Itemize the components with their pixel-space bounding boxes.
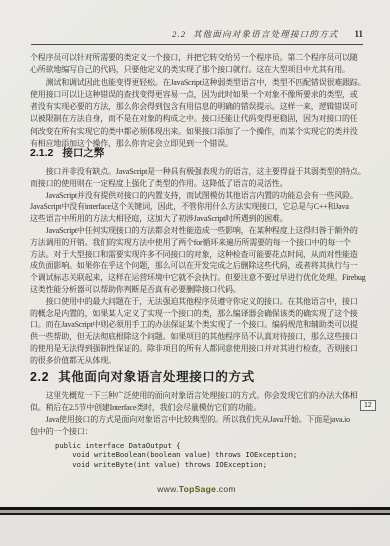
body-line: 包中的一个接口： [30,426,368,438]
section-number: 2.2 [30,370,49,384]
body-line: 何改变在所有实现它的类中都必须体现出来。如果接口添加了一个操作，而某个实现它的类… [30,126,368,138]
body-line: 以被限制在方法自身，而不是在对象的构成之中。接口还能让代码变得更稳固，因为对接口… [30,113,368,125]
body-line: 心所欲地编写自己的代码，只要他定义的类实现了那个接口就行。这在大型项目中尤其有用… [30,64,368,76]
body-line: Java使用接口的方式是面向对象语言中比较典型的。所以我们先从Java开始。下面… [30,414,368,426]
watermark: www.TopSage.com [30,484,363,494]
code-block: public interface DataOutput { void write… [55,441,297,469]
body-line: 个调试标志关联起来，这样在运营环境中它就不会执行。但要注意不要过早进行优化处理。… [30,272,368,284]
body-line: 这类性能分析器可以帮助你判断是否真有必要删除接口代码。 [30,284,368,296]
body-line: 供一些帮助，但无法彻底根除这个问题。如果项目的其他程序员不认真对待接口，那么这些… [30,331,368,343]
page-bottom-edge [0,515,390,546]
body-line: 方法调用的开销。我们的实现方法中使用了两个for循环来遍历所需要的每一个接口中的… [30,237,368,249]
section-heading-2-2: 2.2其他面向对象语言处理接口的方式 [30,367,255,385]
body-line: 方法。对于大型接口和需要实现许多不同接口的对象，这种检查可能要花点时间，从而对性… [30,249,368,261]
body-line: 个程序员可以针对所需要的类定义一个接口，并把它转交给另一个程序员。第二个程序员可… [30,52,368,64]
body-line: 口。而在JavaScript中则必须用手工的办法保证某个类实现了一个接口。编码规… [30,319,368,331]
body-line: 这些语言中所用的方法大相径庭，这加大了初涉JavaScript时所遇到的困难。 [30,213,368,225]
body-line: 成负面影响。如果你在乎这个问题，那么可以在开发完成之后删除这些代码，或者将其执行… [30,260,368,272]
running-header-section-title: 其他面向对象语言处理接口的方式 [193,29,339,39]
body-line: 使用接口可以让这种错误的查找变得更容易一点，因为此时如果一个对象不像所要求的类型… [30,89,368,101]
body-line: 测试和调试因此也能变得更轻松。在JavaScript这种弱类型语言中，类型不匹配… [30,77,368,89]
body-line: 的很多价值都无从体现。 [30,355,368,367]
watermark-suffix: .com [216,484,236,494]
body-line: JavaScript中任何实现接口的方法都会对性能造成一些影响，在某种程度上这得… [30,225,368,237]
code-line: public interface DataOutput { [55,441,297,450]
watermark-prefix: www. [157,484,179,494]
code-line: void writeBoolean(boolean value) throws … [55,450,297,459]
body-line: 的概念是内置的，如果某人定义了实现一个接口的类，那么编译器会确保该类的确实现了这… [30,308,368,320]
header-rule [31,44,363,45]
body-line: JavaScript并没有提供对接口的内置支持，而试图模仿其他语言内置的功能总会… [30,190,368,202]
running-header-title: 2.2 其他面向对象语言处理接口的方式 [172,28,338,40]
body-line: 而接口的使用则在一定程度上强化了类型的作用。这降低了语言的灵活性。 [30,178,368,190]
watermark-brand: TopSage [179,484,216,494]
page-number: 11 [354,29,363,39]
body-line: JavaScript中没有interface这个关键词，因此，不管你用什么方法实… [30,201,368,213]
body-line: 接口并非没有缺点。JavaScript是一种具有极强表现力的语言，这主要得益于其… [30,166,368,178]
paragraph-block-1: 个程序员可以针对所需要的类定义一个接口，并把它转交给另一个程序员。第二个程序员可… [30,52,368,150]
body-line: 这里先概览一下三种广泛使用的面向对象语言处理接口的方式。你会发现它们的办法大体相 [30,390,368,402]
body-line: 似。稍后在2.5节中创建Interface类时，我们会尽量模仿它们的功能。 [30,402,368,414]
body-line: 接口使用中的最大问题在于，无法强迫其他程序员遵守你定义的接口。在其他语言中，接口 [30,296,368,308]
section-number: 2.1.2 [30,147,53,159]
section-title: 其他面向对象语言处理接口的方式 [58,370,255,384]
body-line: 者没有实现必要的方法，那么你会得到包含有用信息的明确的错误提示。这样一来，逻辑错… [30,101,368,113]
paragraph-block-3: 这里先概览一下三种广泛使用的面向对象语言处理接口的方式。你会发现它们的办法大体相… [30,390,368,438]
body-line: 的使用是无法得到强制性保证的。除非项目的所有人都同意使用接口并对其进行检查，否则… [30,343,368,355]
margin-page-marker: 12 [360,400,376,411]
scanned-book-page: 2.2 其他面向对象语言处理接口的方式 11 个程序员可以针对所需要的类定义一个… [0,0,390,546]
code-line: void writeByte(int value) throws IOExcep… [55,460,297,469]
running-header-section-number: 2.2 [172,29,186,39]
paragraph-block-2: 接口并非没有缺点。JavaScript是一种具有极强表现力的语言，这主要得益于其… [30,166,368,367]
running-header: 2.2 其他面向对象语言处理接口的方式 11 [30,28,363,40]
section-heading-2-1-2: 2.1.2接口之弊 [30,145,104,160]
section-title: 接口之弊 [62,147,104,159]
